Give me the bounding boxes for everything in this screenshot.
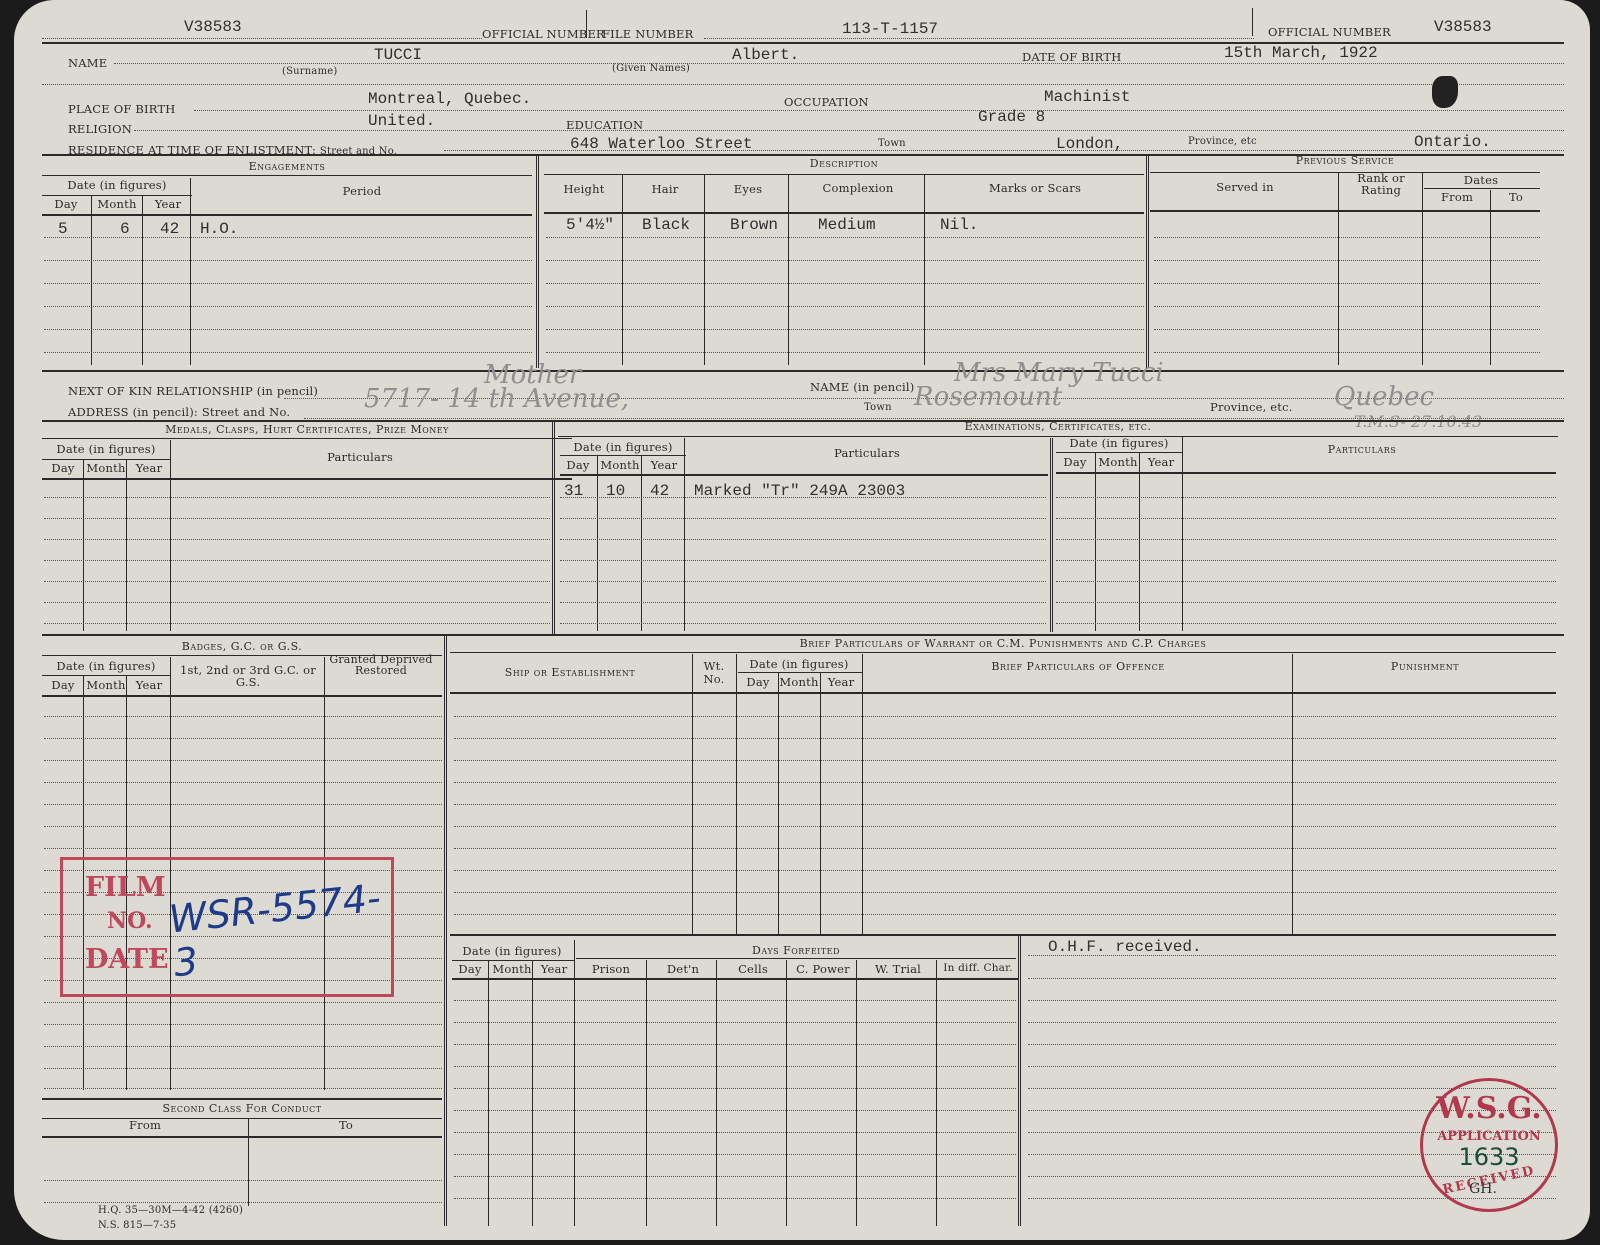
dotted-line	[44, 760, 442, 761]
complexion-value: Medium	[818, 216, 876, 234]
height-value: 5'4½"	[566, 216, 614, 234]
eng-col-year: Year	[144, 197, 192, 211]
nok-relationship-label: NEXT OF KIN RELATIONSHIP (in pencil)	[68, 384, 318, 398]
eng-col-day: Day	[42, 197, 90, 211]
town-label: Town	[878, 138, 906, 149]
wsg-title: W.S.G.	[1423, 1091, 1555, 1126]
dotted-line	[44, 738, 442, 739]
badges-col-month: Month	[84, 678, 128, 692]
col-divider	[248, 1118, 249, 1206]
film-no-label: NO.	[107, 908, 153, 934]
dotted-line	[44, 623, 550, 624]
description-title: Description	[544, 157, 1144, 170]
surname: TUCCI	[374, 46, 422, 64]
dotted-line	[560, 581, 1046, 582]
dotted-line	[1056, 539, 1556, 540]
dotted-line	[44, 329, 532, 330]
divider	[586, 10, 587, 38]
film-number: WSR-5574-3	[167, 875, 395, 986]
dotted-line	[454, 870, 1556, 871]
col-divider	[1338, 172, 1339, 365]
df-col-indiff: In diff. Char.	[938, 962, 1018, 974]
rule	[42, 1098, 442, 1100]
dotted-line	[44, 497, 550, 498]
col-divider	[622, 174, 623, 365]
dotted-line	[454, 914, 1556, 915]
residence-province: Ontario.	[1414, 133, 1491, 151]
df-date-label: Date (in figures)	[450, 944, 574, 958]
engagements-title: Engagements	[42, 160, 532, 173]
punch-hole	[1432, 76, 1458, 108]
rule	[450, 692, 1556, 694]
exam2-col-year: Year	[1140, 455, 1182, 469]
occupation-label: OCCUPATION	[784, 95, 869, 109]
punishments-title: Brief Particulars of Warrant or C.M. Pun…	[450, 637, 1556, 650]
official-number-right-label: OFFICIAL NUMBER	[1268, 25, 1391, 39]
exam-col-year: Year	[642, 458, 686, 472]
dotted-line	[1028, 1066, 1556, 1067]
df-col-day: Day	[452, 962, 488, 976]
dates-label: Dates	[1422, 173, 1540, 187]
dotted-line	[114, 63, 1564, 64]
col-divider	[126, 459, 127, 631]
dotted-line	[42, 38, 482, 39]
dotted-line	[454, 782, 1556, 783]
dotted-line	[44, 826, 442, 827]
dotted-line	[546, 237, 1144, 238]
df-col-cells: Cells	[718, 962, 788, 976]
file-number-value: 113-T-1157	[842, 20, 938, 38]
desc-col-eyes: Eyes	[706, 182, 790, 196]
dotted-line	[42, 84, 1564, 85]
dotted-line	[44, 283, 532, 284]
col-divider	[83, 459, 84, 631]
dotted-line	[44, 1002, 442, 1003]
film-stamp: FILM NO. DATE WSR-5574-3	[60, 857, 394, 997]
df-col-wtrial: W. Trial	[858, 962, 938, 976]
ohf-note: O.H.F. received.	[1048, 938, 1202, 956]
badges-granted-label: Granted Deprived Restored	[328, 654, 434, 676]
dotted-line	[560, 497, 1046, 498]
place-of-birth-label: PLACE OF BIRTH	[68, 102, 176, 116]
rule	[42, 370, 1564, 372]
dotted-line	[44, 1046, 442, 1047]
dotted-line	[560, 560, 1046, 561]
rule	[42, 695, 442, 697]
dotted-line	[44, 804, 442, 805]
col-divider	[91, 195, 92, 365]
nok-name-label: NAME (in pencil)	[810, 380, 914, 394]
dotted-line	[454, 826, 1556, 827]
rank-label: Rank or Rating	[1340, 172, 1422, 196]
rule	[1424, 188, 1540, 189]
second-class-title: Second Class For Conduct	[42, 1102, 442, 1115]
wsg-initials: GH.	[1453, 1181, 1513, 1197]
dotted-line	[44, 602, 550, 603]
rule	[544, 212, 1144, 214]
dotted-line	[546, 283, 1144, 284]
dotted-line	[454, 760, 1556, 761]
dotted-line	[1154, 237, 1540, 238]
place-of-birth: Montreal, Quebec.	[368, 90, 531, 108]
col-divider	[1095, 452, 1096, 631]
rule	[42, 675, 170, 676]
dotted-line	[454, 1154, 1016, 1155]
dotted-line	[454, 1198, 1016, 1199]
punishment-label: Punishment	[1294, 660, 1556, 673]
print-code-2: N.S. 815—7-35	[98, 1220, 176, 1231]
rule	[42, 438, 572, 439]
rule	[452, 978, 1018, 980]
medals-col-month: Month	[84, 461, 128, 475]
rule	[560, 455, 686, 456]
rule	[452, 960, 574, 961]
dotted-line	[560, 518, 1046, 519]
examinations-title: Examinations, Certificates, etc.	[558, 420, 1558, 433]
rule	[560, 474, 1048, 476]
education: Grade 8	[978, 108, 1045, 126]
dotted-line	[1028, 1044, 1556, 1045]
dotted-line	[1154, 260, 1540, 261]
dotted-line	[1056, 623, 1556, 624]
to-label: To	[1492, 190, 1540, 204]
nok-province-label: Province, etc.	[1210, 400, 1293, 414]
medals-col-day: Day	[42, 461, 84, 475]
eng-period: H.O.	[200, 220, 238, 238]
df-col-detn: Det'n	[648, 962, 718, 976]
dotted-line	[546, 306, 1144, 307]
col-divider	[574, 940, 575, 1226]
rule	[450, 652, 1556, 653]
dotted-line	[454, 1176, 1016, 1177]
marks-value: Nil.	[940, 216, 978, 234]
badges-gc-label: 1st, 2nd or 3rd G.C. or G.S.	[172, 664, 324, 688]
exam-particulars-label: Particulars	[686, 446, 1048, 460]
exam2-date-label: Date (in figures)	[1054, 436, 1184, 450]
rule	[1056, 472, 1556, 474]
offence-label: Brief Particulars of Offence	[864, 660, 1292, 673]
dotted-line	[194, 110, 1564, 111]
dotted-line	[454, 1110, 1016, 1111]
section-divider	[1050, 438, 1053, 632]
rule	[738, 672, 862, 673]
medals-particulars-label: Particulars	[170, 450, 550, 464]
dotted-line	[44, 518, 550, 519]
dotted-line	[560, 602, 1046, 603]
exam-col-month: Month	[598, 458, 642, 472]
previous-service-title: Previous Service	[1150, 154, 1540, 167]
col-divider	[1490, 190, 1491, 365]
name-label: NAME	[68, 56, 107, 70]
wsg-received-stamp: W.S.G. APPLICATION 1633 RECEIVED GH.	[1420, 1078, 1558, 1212]
rule	[576, 958, 1016, 959]
df-col-prison: Prison	[576, 962, 646, 976]
dotted-line	[454, 1000, 1016, 1001]
dotted-line	[444, 150, 1564, 151]
eng-day: 5	[58, 220, 68, 238]
days-forfeited-title: Days Forfeited	[576, 944, 1016, 957]
dotted-line	[546, 329, 1144, 330]
section-divider	[1146, 156, 1149, 368]
section-divider	[552, 422, 555, 634]
dotted-line	[1028, 1022, 1556, 1023]
col-divider	[924, 174, 925, 365]
dotted-line	[44, 306, 532, 307]
dotted-line	[44, 560, 550, 561]
pun-col-year: Year	[820, 675, 862, 689]
film-date-label: DATE	[85, 944, 169, 975]
dotted-line	[44, 1024, 442, 1025]
dotted-line	[1154, 329, 1540, 330]
eng-date-label: Date (in figures)	[42, 178, 192, 192]
rule	[544, 174, 1144, 175]
col-divider	[641, 455, 642, 631]
eyes-value: Brown	[730, 216, 778, 234]
dotted-line	[454, 1022, 1016, 1023]
dotted-line	[454, 1132, 1016, 1133]
desc-col-marks: Marks or Scars	[926, 181, 1144, 195]
dotted-line	[1056, 560, 1556, 561]
dotted-line	[454, 738, 1556, 739]
wt-no-label: Wt. No.	[694, 660, 734, 686]
desc-col-hair: Hair	[624, 182, 706, 196]
desc-col-complexion: Complexion	[790, 181, 926, 195]
dotted-line	[134, 130, 1564, 131]
dotted-line	[44, 1180, 442, 1181]
col-divider	[597, 455, 598, 631]
df-col-cpower: C. Power	[788, 962, 858, 976]
exam-col-day: Day	[560, 458, 596, 472]
rule	[450, 934, 1556, 936]
file-number-label: FILE NUMBER	[602, 27, 693, 41]
dotted-line	[546, 352, 1144, 353]
dotted-line	[1028, 978, 1556, 979]
dotted-line	[1056, 518, 1556, 519]
wsg-application: APPLICATION	[1419, 1129, 1559, 1144]
dotted-line	[1056, 602, 1556, 603]
pun-date-label: Date (in figures)	[736, 657, 862, 671]
dotted-line	[454, 1066, 1016, 1067]
rule	[42, 478, 572, 480]
date-of-birth: 15th March, 1922	[1224, 44, 1378, 62]
nok-address: 5717- 14 th Avenue,	[364, 384, 629, 414]
section-divider	[1018, 936, 1021, 1226]
exam-date-label: Date (in figures)	[558, 440, 688, 454]
df-col-year: Year	[534, 962, 574, 976]
rule	[42, 195, 192, 196]
dotted-line	[44, 848, 442, 849]
second-class-to: To	[250, 1118, 442, 1132]
print-code-1: H.Q. 35—30M—4-42 (4260)	[98, 1205, 243, 1216]
col-divider	[142, 195, 143, 365]
dotted-line	[454, 1088, 1016, 1089]
dotted-line	[1028, 1000, 1556, 1001]
dotted-line	[44, 1068, 442, 1069]
dotted-line	[44, 581, 550, 582]
dotted-line	[454, 716, 1556, 717]
badges-col-day: Day	[42, 678, 84, 692]
religion-label: RELIGION	[68, 122, 132, 136]
pun-col-month: Month	[778, 675, 820, 689]
dotted-line	[454, 892, 1556, 893]
surname-caption: (Surname)	[282, 66, 337, 77]
from-label: From	[1424, 190, 1490, 204]
dotted-line	[1154, 283, 1540, 284]
dotted-line	[44, 1202, 442, 1203]
dotted-line	[44, 260, 532, 261]
nok-province: Quebec	[1334, 382, 1434, 412]
eng-col-month: Month	[92, 197, 142, 211]
col-divider	[778, 672, 779, 934]
col-divider	[788, 174, 789, 365]
divider	[1252, 8, 1253, 36]
eng-period-label: Period	[192, 184, 532, 198]
col-divider	[1422, 172, 1423, 365]
df-col-month: Month	[490, 962, 534, 976]
occupation: Machinist	[1044, 88, 1130, 106]
dotted-line	[1154, 306, 1540, 307]
rule	[1150, 210, 1540, 212]
service-record-card: V38583 OFFICIAL NUMBER FILE NUMBER 113-T…	[14, 0, 1590, 1240]
second-class-from: From	[42, 1118, 248, 1132]
medals-date-label: Date (in figures)	[42, 442, 170, 456]
dotted-line	[454, 1044, 1016, 1045]
exam2-particulars-label: Particulars	[1182, 443, 1542, 456]
rule	[42, 175, 532, 176]
eng-year: 42	[160, 220, 179, 238]
rule	[1056, 452, 1182, 453]
nok-address-label: ADDRESS (in pencil): Street and No.	[68, 405, 290, 419]
dotted-line	[1028, 955, 1556, 956]
dotted-line	[44, 716, 442, 717]
badges-title: Badges, G.C. or G.S.	[42, 640, 442, 653]
medals-col-year: Year	[128, 461, 170, 475]
dob-label: DATE OF BIRTH	[1022, 50, 1121, 64]
dotted-line	[44, 237, 532, 238]
badges-date-label: Date (in figures)	[42, 659, 170, 673]
official-number-right-value: V38583	[1434, 18, 1492, 36]
dotted-line	[1056, 497, 1556, 498]
col-divider	[1139, 452, 1140, 631]
dotted-line	[44, 782, 442, 783]
ship-label: Ship or Establishment	[450, 666, 690, 679]
pun-col-day: Day	[738, 675, 778, 689]
rule	[42, 1136, 442, 1138]
col-divider	[820, 672, 821, 934]
badges-col-year: Year	[128, 678, 170, 692]
film-label: FILM	[85, 872, 166, 903]
dotted-line	[454, 848, 1556, 849]
col-divider	[190, 178, 191, 365]
rule	[42, 214, 532, 216]
given-names-caption: (Given Names)	[612, 63, 690, 74]
dotted-line	[560, 623, 1046, 624]
rule	[42, 459, 170, 460]
section-divider	[444, 636, 447, 1226]
section-divider	[536, 156, 539, 368]
dotted-line	[454, 804, 1556, 805]
nok-town-label: Town	[864, 402, 892, 413]
dotted-line	[546, 260, 1144, 261]
dotted-line	[44, 352, 532, 353]
dotted-line	[704, 38, 1254, 39]
nok-town: Rosemount	[914, 382, 1062, 412]
religion: United.	[368, 112, 435, 130]
given-names: Albert.	[732, 46, 799, 64]
province-label: Province, etc	[1188, 136, 1257, 147]
dotted-line	[1056, 581, 1556, 582]
dotted-line	[44, 539, 550, 540]
rule	[42, 634, 1564, 636]
col-divider	[704, 174, 705, 365]
dotted-line	[560, 539, 1046, 540]
dotted-line	[1154, 352, 1540, 353]
exam2-col-day: Day	[1056, 455, 1094, 469]
hair-value: Black	[642, 216, 690, 234]
eng-month: 6	[120, 220, 130, 238]
exam2-col-month: Month	[1096, 455, 1140, 469]
served-in-label: Served in	[1150, 180, 1340, 194]
dotted-line	[44, 1088, 442, 1089]
medals-title: Medals, Clasps, Hurt Certificates, Prize…	[42, 423, 572, 436]
desc-col-height: Height	[544, 182, 624, 196]
official-number-value: V38583	[184, 18, 242, 36]
